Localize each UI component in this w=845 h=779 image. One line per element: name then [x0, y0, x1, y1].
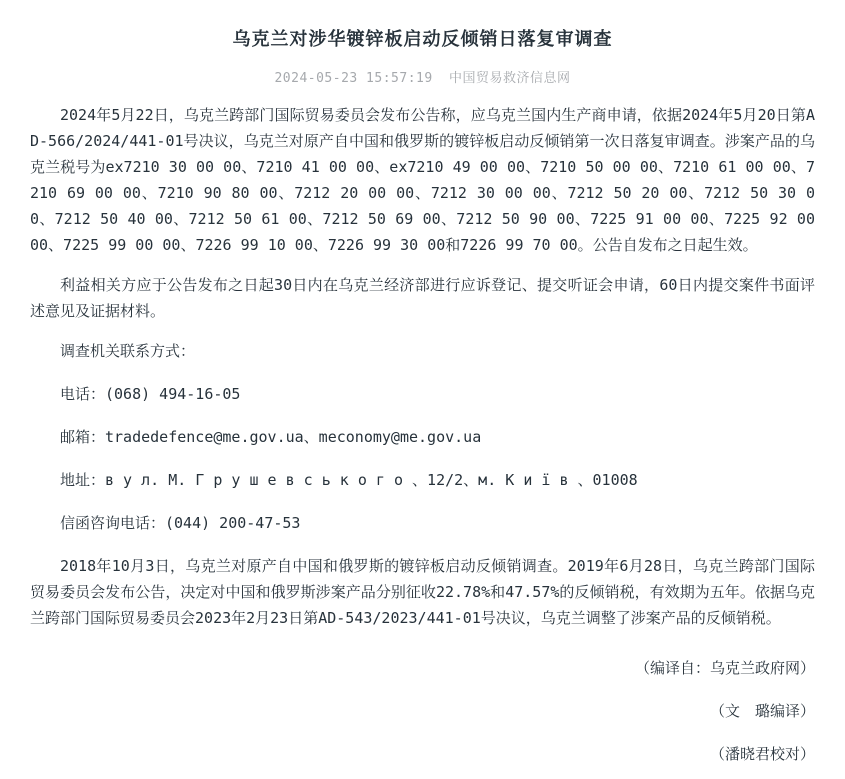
- paragraph-case-history: 2018年10月3日，乌克兰对原产自中国和俄罗斯的镀锌板启动反倾销调查。2019…: [30, 553, 815, 631]
- article-body: 2024年5月22日，乌克兰跨部门国际贸易委员会发布公告称，应乌克兰国内生产商申…: [30, 102, 815, 631]
- article-footer: （编译自：乌克兰政府网） （文 璐编译） （潘晓君校对）: [30, 655, 815, 767]
- footer-translation-source: （编译自：乌克兰政府网）: [30, 655, 815, 681]
- contact-phone: 电话：(068) 494-16-05: [30, 381, 815, 407]
- publish-datetime: 2024-05-23 15:57:19: [274, 71, 432, 86]
- article-meta: 2024-05-23 15:57:19 中国贸易救济信息网: [30, 67, 815, 86]
- article-page: 乌克兰对涉华镀锌板启动反倾销日落复审调查 2024-05-23 15:57:19…: [0, 0, 845, 779]
- footer-proofreader: （潘晓君校对）: [30, 741, 815, 767]
- contact-address: 地址：в у л. М. Г р у ш е в с ь к о г о 、12…: [30, 467, 815, 493]
- paragraph-registration-deadline: 利益相关方应于公告发布之日起30日内在乌克兰经济部进行应诉登记、提交听证会申请，…: [30, 272, 815, 324]
- contact-email: 邮箱：tradedefence@me.gov.ua、meconomy@me.go…: [30, 424, 815, 450]
- page-title: 乌克兰对涉华镀锌板启动反倾销日落复审调查: [30, 26, 815, 54]
- source-site-name: 中国贸易救济信息网: [449, 71, 571, 86]
- contact-heading: 调查机关联系方式：: [30, 338, 815, 364]
- footer-translator: （文 璐编译）: [30, 698, 815, 724]
- contact-mail-phone: 信函咨询电话：(044) 200-47-53: [30, 510, 815, 536]
- paragraph-announcement: 2024年5月22日，乌克兰跨部门国际贸易委员会发布公告称，应乌克兰国内生产商申…: [30, 102, 815, 258]
